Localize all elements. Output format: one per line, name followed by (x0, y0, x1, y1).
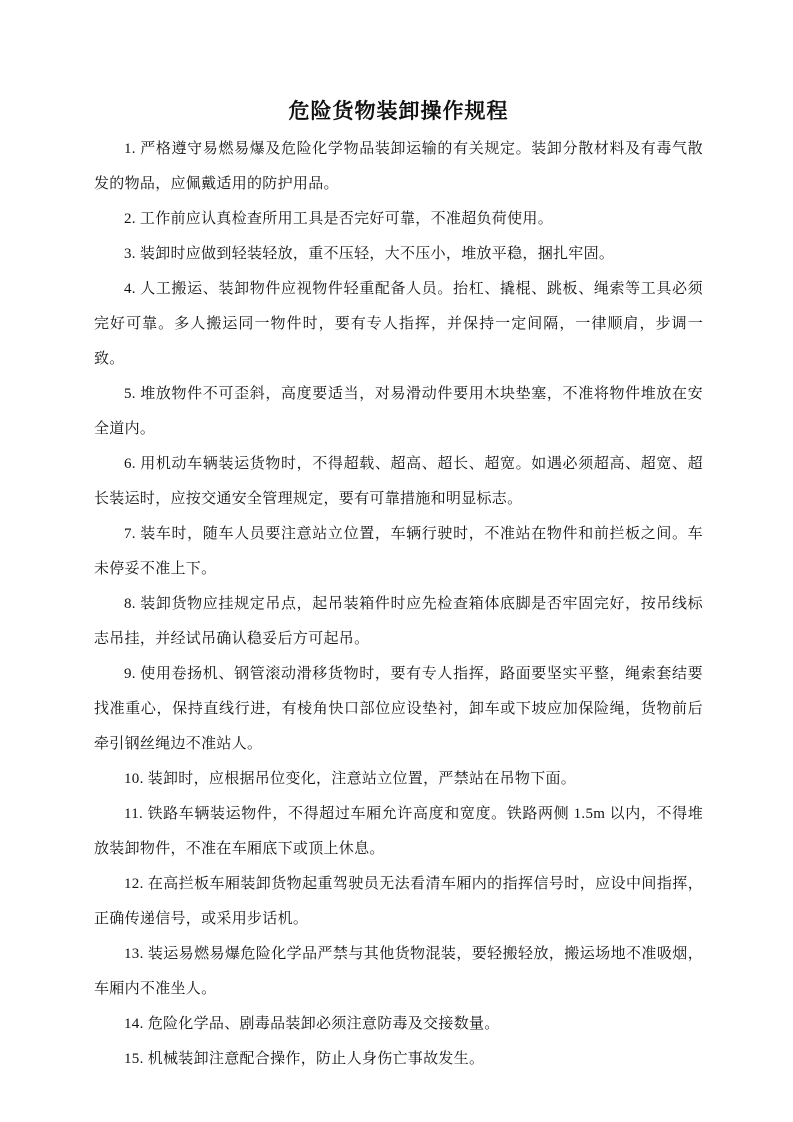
document-title: 危险货物装卸操作规程 (94, 94, 703, 128)
paragraph-12: 12. 在高拦板车厢装卸货物起重驾驶员无法看清车厢内的指挥信号时，应设中间指挥，… (94, 867, 703, 937)
paragraph-10: 10. 装卸时，应根据吊位变化，注意站立位置，严禁站在吊物下面。 (94, 762, 703, 797)
paragraph-5: 5. 堆放物件不可歪斜，高度要适当，对易滑动件要用木块垫塞，不准将物件堆放在安全… (94, 377, 703, 447)
paragraph-7: 7. 装车时，随车人员要注意站立位置，车辆行驶时，不准站在物件和前拦板之间。车未… (94, 517, 703, 587)
paragraph-1: 1. 严格遵守易燃易爆及危险化学物品装卸运输的有关规定。装卸分散材料及有毒气散发… (94, 132, 703, 202)
paragraph-3: 3. 装卸时应做到轻装轻放，重不压轻，大不压小，堆放平稳，捆扎牢固。 (94, 237, 703, 272)
document-page: 危险货物装卸操作规程 1. 严格遵守易燃易爆及危险化学物品装卸运输的有关规定。装… (0, 0, 793, 1122)
paragraph-9: 9. 使用卷扬机、钢管滚动滑移货物时，要有专人指挥，路面要坚实平整，绳索套结要找… (94, 657, 703, 762)
paragraph-13: 13. 装运易燃易爆危险化学品严禁与其他货物混装，要轻搬轻放，搬运场地不准吸烟，… (94, 937, 703, 1007)
paragraph-11: 11. 铁路车辆装运物件，不得超过车厢允许高度和宽度。铁路两侧 1.5m 以内，… (94, 797, 703, 867)
paragraph-14: 14. 危险化学品、剧毒品装卸必须注意防毒及交接数量。 (94, 1007, 703, 1042)
paragraph-2: 2. 工作前应认真检查所用工具是否完好可靠，不准超负荷使用。 (94, 202, 703, 237)
paragraph-15: 15. 机械装卸注意配合操作，防止人身伤亡事故发生。 (94, 1042, 703, 1077)
paragraph-6: 6. 用机动车辆装运货物时，不得超载、超高、超长、超宽。如遇必须超高、超宽、超长… (94, 447, 703, 517)
document-body: 1. 严格遵守易燃易爆及危险化学物品装卸运输的有关规定。装卸分散材料及有毒气散发… (94, 132, 703, 1077)
paragraph-8: 8. 装卸货物应挂规定吊点，起吊装箱件时应先检查箱体底脚是否牢固完好，按吊线标志… (94, 587, 703, 657)
paragraph-4: 4. 人工搬运、装卸物件应视物件轻重配备人员。抬杠、撬棍、跳板、绳索等工具必须完… (94, 272, 703, 377)
